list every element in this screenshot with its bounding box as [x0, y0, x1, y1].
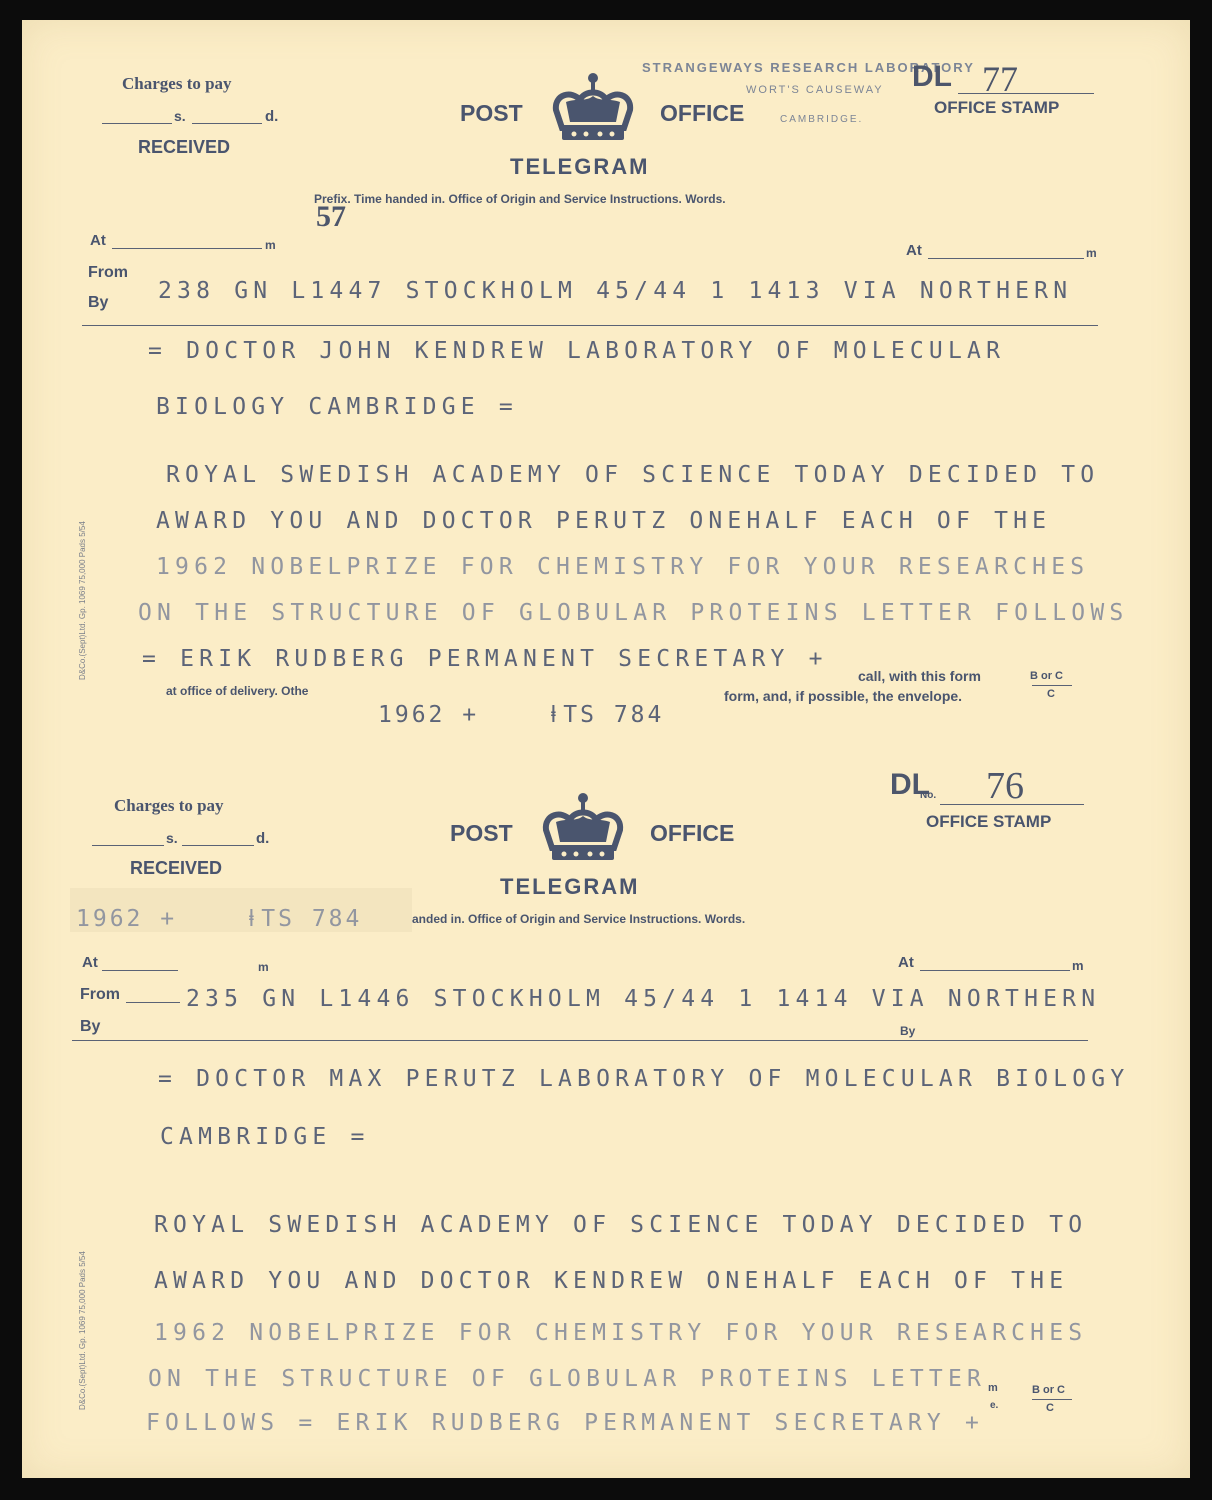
by-label: By — [80, 1018, 100, 1036]
footer-right-text-1: call, with this form — [858, 668, 981, 684]
address-line-1: = DOCTOR MAX PERUTZ LABORATORY OF MOLECU… — [158, 1066, 1129, 1092]
side-print: D&Co.(Sept)Ltd. Gp. 1069 75,000 Pads 5/5… — [78, 521, 87, 680]
crown-icon — [536, 792, 630, 864]
m-right-label: m — [1072, 958, 1084, 973]
shillings-label: s. — [174, 108, 186, 124]
prefix-value: 57 — [316, 200, 346, 234]
side-print: D&Co.(Sept)Ltd. Gp. 1069 75,000 Pads 5/5… — [78, 1251, 87, 1410]
address-line-2: CAMBRIDGE = — [160, 1124, 370, 1150]
crown-icon — [546, 72, 640, 144]
body-line-3: 1962 NOBELPRIZE FOR CHEMISTRY FOR YOUR R… — [154, 1320, 1087, 1346]
m-label: m — [265, 238, 276, 252]
m-small-label: m — [988, 1382, 998, 1394]
body-line-5: = ERIK RUDBERG PERMANENT SECRETARY + — [142, 646, 828, 672]
serial-number-line — [958, 93, 1094, 94]
pence-line — [182, 845, 254, 846]
telegram-title: TELEGRAM — [500, 874, 639, 900]
from-label: From — [88, 264, 128, 282]
post-label: POST — [450, 820, 513, 847]
footer-left-text: at office of delivery. Othe — [166, 684, 308, 698]
body-line-2: AWARD YOU AND DOCTOR KENDREW ONEHALF EAC… — [154, 1268, 1068, 1294]
at-line — [102, 970, 178, 971]
c-label: C — [1047, 688, 1055, 700]
body-line-1: ROYAL SWEDISH ACADEMY OF SCIENCE TODAY D… — [154, 1212, 1087, 1238]
at-right-line — [928, 258, 1084, 259]
at-right-label: At — [898, 954, 914, 971]
b-or-c-rule — [1032, 1399, 1072, 1400]
office-stamp-label: OFFICE STAMP — [926, 812, 1051, 832]
received-label: RECEIVED — [138, 137, 230, 158]
b-or-c-label: B or C — [1032, 1384, 1065, 1396]
shillings-label: s. — [166, 830, 178, 846]
e-small-label: e. — [990, 1400, 998, 1411]
dl-label: DL — [912, 60, 952, 94]
shillings-line — [92, 845, 164, 846]
post-label: POST — [460, 100, 523, 127]
body-line-2: AWARD YOU AND DOCTOR PERUTZ ONEHALF EACH… — [156, 508, 1051, 534]
origin-rule — [82, 325, 1098, 326]
shillings-line — [102, 123, 172, 124]
serial-number-line — [940, 804, 1084, 805]
origin-rule — [72, 1040, 1088, 1041]
origin-line: 238 GN L1447 STOCKHOLM 45/44 1 1413 VIA … — [158, 278, 1072, 304]
serial-number: 76 — [986, 764, 1024, 808]
header-fields: anded in. Office of Origin and Service I… — [412, 912, 745, 926]
at-label: At — [82, 954, 98, 971]
at-line — [112, 248, 262, 249]
body-line-4: ON THE STRUCTURE OF GLOBULAR PROTEINS LE… — [138, 600, 1128, 626]
charges-to-pay-label: Charges to pay — [114, 796, 224, 816]
b-or-c-rule — [1032, 685, 1072, 686]
no-label: No. — [920, 790, 936, 801]
at-label: At — [90, 232, 106, 249]
at-right-label: At — [906, 242, 922, 259]
header-fields: Prefix. Time handed in. Office of Origin… — [314, 192, 726, 206]
pence-line — [192, 123, 262, 124]
m-label: m — [258, 960, 269, 974]
by-right-label: By — [900, 1024, 915, 1038]
address-line-2: BIOLOGY CAMBRIDGE = — [156, 394, 518, 420]
by-label: By — [88, 294, 108, 312]
origin-line: 235 GN L1446 STOCKHOLM 45/44 1 1414 VIA … — [186, 986, 1100, 1012]
office-label: OFFICE — [660, 100, 744, 127]
body-line-3: 1962 NOBELPRIZE FOR CHEMISTRY FOR YOUR R… — [156, 554, 1089, 580]
pence-label: d. — [256, 830, 269, 847]
charges-to-pay-label: Charges to pay — [122, 74, 232, 94]
telegram-document: Charges to pay s. d. RECEIVED POST OFFIC… — [22, 20, 1190, 1478]
lab-stamp-line2: WORT'S CAUSEWAY — [746, 84, 884, 96]
check-line: 1962 + ⱡTS 784 — [378, 702, 664, 729]
address-line-1: = DOCTOR JOHN KENDREW LABORATORY OF MOLE… — [148, 338, 1005, 364]
office-stamp-label: OFFICE STAMP — [934, 98, 1059, 118]
office-label: OFFICE — [650, 820, 734, 847]
body-line-4: ON THE STRUCTURE OF GLOBULAR PROTEINS LE… — [148, 1366, 986, 1392]
from-label: From — [80, 986, 120, 1004]
received-label: RECEIVED — [130, 858, 222, 879]
at-right-line — [920, 970, 1070, 971]
b-or-c-label: B or C — [1030, 670, 1063, 682]
check-line: 1962 + ⱡTS 784 — [76, 906, 362, 933]
from-line — [126, 1002, 180, 1003]
telegram-title: TELEGRAM — [510, 154, 649, 180]
lab-stamp-line3: CAMBRIDGE. — [780, 114, 863, 125]
body-line-1: ROYAL SWEDISH ACADEMY OF SCIENCE TODAY D… — [166, 462, 1099, 488]
m-right-label: m — [1086, 246, 1097, 260]
footer-right-text-2: form, and, if possible, the envelope. — [724, 688, 962, 704]
body-line-5: FOLLOWS = ERIK RUDBERG PERMANENT SECRETA… — [146, 1410, 984, 1436]
pence-label: d. — [265, 108, 278, 125]
c-label: C — [1046, 1402, 1054, 1414]
